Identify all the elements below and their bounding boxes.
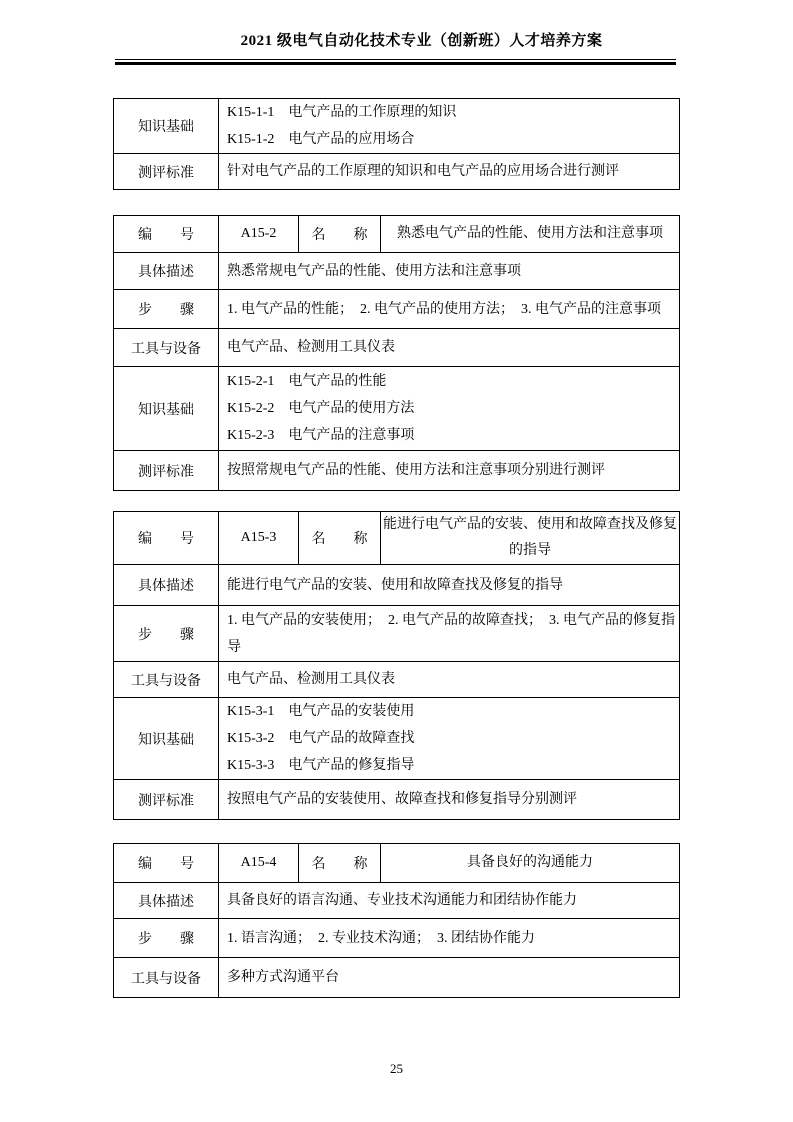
- task-code-cell: A15-2: [219, 216, 299, 253]
- table-task-a15-3: 编 号 A15-3 名 称 能进行电气产品的安装、使用和故障查找及修复的指导 具…: [113, 511, 680, 820]
- table-row: 步 骤 1. 电气产品的性能； 2. 电气产品的使用方法； 3. 电气产品的注意…: [114, 290, 680, 329]
- row-content-cell: 针对电气产品的工作原理的知识和电气产品的应用场合进行测评: [219, 154, 680, 190]
- content-line: K15-2-1 电气产品的性能: [227, 368, 675, 395]
- task-code-cell: A15-4: [219, 844, 299, 883]
- table-row: 工具与设备 电气产品、检测用工具仪表: [114, 662, 680, 698]
- row-label-cell: 测评标准: [114, 154, 219, 190]
- row-label-cell: 知识基础: [114, 367, 219, 451]
- table-row: 知识基础 K15-3-1 电气产品的安装使用 K15-3-2 电气产品的故障查找…: [114, 698, 680, 780]
- content-line: 具备良好的语言沟通、专业技术沟通能力和团结协作能力: [227, 887, 675, 914]
- content-line: 1. 电气产品的性能； 2. 电气产品的使用方法； 3. 电气产品的注意事项: [227, 296, 675, 323]
- table-task-a15-2: 编 号 A15-2 名 称 熟悉电气产品的性能、使用方法和注意事项 具体描述 熟…: [113, 215, 680, 491]
- task-name-cell: 具备良好的沟通能力: [381, 844, 680, 883]
- table-row: 测评标准 按照常规电气产品的性能、使用方法和注意事项分别进行测评: [114, 451, 680, 491]
- table-row: 编 号 A15-2 名 称 熟悉电气产品的性能、使用方法和注意事项: [114, 216, 680, 253]
- row-content-cell: K15-3-1 电气产品的安装使用 K15-3-2 电气产品的故障查找 K15-…: [219, 698, 680, 780]
- table-row: 步 骤 1. 电气产品的安装使用； 2. 电气产品的故障查找； 3. 电气产品的…: [114, 606, 680, 662]
- row-label-cell: 编 号: [114, 844, 219, 883]
- table-row: 知识基础 K15-2-1 电气产品的性能 K15-2-2 电气产品的使用方法 K…: [114, 367, 680, 451]
- task-name-cell: 熟悉电气产品的性能、使用方法和注意事项: [381, 216, 680, 253]
- content-line: K15-2-3 电气产品的注意事项: [227, 422, 675, 449]
- row-content-cell: K15-2-1 电气产品的性能 K15-2-2 电气产品的使用方法 K15-2-…: [219, 367, 680, 451]
- row-label-cell: 名 称: [299, 512, 381, 565]
- task-code-cell: A15-3: [219, 512, 299, 565]
- row-content-cell: 电气产品、检测用工具仪表: [219, 329, 680, 367]
- table-row: 具体描述 能进行电气产品的安装、使用和故障查找及修复的指导: [114, 565, 680, 606]
- content-line: 1. 电气产品的安装使用； 2. 电气产品的故障查找； 3. 电气产品的修复指导: [227, 607, 675, 661]
- row-content-cell: 能进行电气产品的安装、使用和故障查找及修复的指导: [219, 565, 680, 606]
- table-row: 测评标准 针对电气产品的工作原理的知识和电气产品的应用场合进行测评: [114, 154, 680, 190]
- document-page: 2021 级电气自动化技术专业（创新班）人才培养方案 知识基础 K15-1-1 …: [0, 0, 793, 1122]
- table-row: 工具与设备 电气产品、检测用工具仪表: [114, 329, 680, 367]
- content-line: 针对电气产品的工作原理的知识和电气产品的应用场合进行测评: [227, 158, 675, 185]
- row-content-cell: 按照常规电气产品的性能、使用方法和注意事项分别进行测评: [219, 451, 680, 491]
- content-line: 熟悉常规电气产品的性能、使用方法和注意事项: [227, 258, 675, 285]
- header-rule: [115, 59, 676, 65]
- row-label-cell: 工具与设备: [114, 329, 219, 367]
- row-label-cell: 知识基础: [114, 698, 219, 780]
- table-row: 编 号 A15-3 名 称 能进行电气产品的安装、使用和故障查找及修复的指导: [114, 512, 680, 565]
- row-content-cell: 按照电气产品的安装使用、故障查找和修复指导分别测评: [219, 780, 680, 820]
- row-label-cell: 知识基础: [114, 99, 219, 154]
- page-header: 2021 级电气自动化技术专业（创新班）人才培养方案: [0, 0, 793, 65]
- content-line: 电气产品、检测用工具仪表: [227, 334, 675, 361]
- task-name-cell: 能进行电气产品的安装、使用和故障查找及修复的指导: [381, 512, 680, 565]
- page-number: 25: [0, 1061, 793, 1077]
- content-line: K15-3-1 电气产品的安装使用: [227, 698, 675, 725]
- row-label-cell: 具体描述: [114, 883, 219, 919]
- row-label-cell: 工具与设备: [114, 662, 219, 698]
- row-content-cell: 熟悉常规电气产品的性能、使用方法和注意事项: [219, 253, 680, 290]
- table-knowledge-eval: 知识基础 K15-1-1 电气产品的工作原理的知识 K15-1-2 电气产品的应…: [113, 98, 680, 190]
- content-line: 按照电气产品的安装使用、故障查找和修复指导分别测评: [227, 786, 675, 813]
- row-content-cell: 具备良好的语言沟通、专业技术沟通能力和团结协作能力: [219, 883, 680, 919]
- table-row: 具体描述 具备良好的语言沟通、专业技术沟通能力和团结协作能力: [114, 883, 680, 919]
- content-line: K15-1-1 电气产品的工作原理的知识: [227, 99, 675, 126]
- table-row: 测评标准 按照电气产品的安装使用、故障查找和修复指导分别测评: [114, 780, 680, 820]
- row-label-cell: 编 号: [114, 216, 219, 253]
- row-content-cell: 1. 电气产品的安装使用； 2. 电气产品的故障查找； 3. 电气产品的修复指导: [219, 606, 680, 662]
- row-content-cell: 1. 语言沟通； 2. 专业技术沟通； 3. 团结协作能力: [219, 919, 680, 958]
- row-label-cell: 步 骤: [114, 606, 219, 662]
- row-content-cell: K15-1-1 电气产品的工作原理的知识 K15-1-2 电气产品的应用场合: [219, 99, 680, 154]
- content-line: 能进行电气产品的安装、使用和故障查找及修复的指导: [227, 572, 675, 599]
- row-label-cell: 名 称: [299, 844, 381, 883]
- row-label-cell: 具体描述: [114, 565, 219, 606]
- row-label-cell: 编 号: [114, 512, 219, 565]
- table-row: 知识基础 K15-1-1 电气产品的工作原理的知识 K15-1-2 电气产品的应…: [114, 99, 680, 154]
- row-label-cell: 名 称: [299, 216, 381, 253]
- table-row: 工具与设备 多种方式沟通平台: [114, 958, 680, 998]
- table-row: 具体描述 熟悉常规电气产品的性能、使用方法和注意事项: [114, 253, 680, 290]
- row-label-cell: 测评标准: [114, 780, 219, 820]
- table-row: 步 骤 1. 语言沟通； 2. 专业技术沟通； 3. 团结协作能力: [114, 919, 680, 958]
- content-line: K15-3-2 电气产品的故障查找: [227, 725, 675, 752]
- row-label-cell: 测评标准: [114, 451, 219, 491]
- row-content-cell: 电气产品、检测用工具仪表: [219, 662, 680, 698]
- content-line: K15-3-3 电气产品的修复指导: [227, 752, 675, 779]
- content-line: K15-2-2 电气产品的使用方法: [227, 395, 675, 422]
- row-label-cell: 步 骤: [114, 919, 219, 958]
- row-label-cell: 具体描述: [114, 253, 219, 290]
- page-title: 2021 级电气自动化技术专业（创新班）人才培养方案: [138, 33, 705, 50]
- content-line: 按照常规电气产品的性能、使用方法和注意事项分别进行测评: [227, 457, 675, 484]
- row-label-cell: 工具与设备: [114, 958, 219, 998]
- content-line: 电气产品、检测用工具仪表: [227, 666, 675, 693]
- row-content-cell: 多种方式沟通平台: [219, 958, 680, 998]
- content-line: 1. 语言沟通； 2. 专业技术沟通； 3. 团结协作能力: [227, 925, 675, 952]
- table-task-a15-4: 编 号 A15-4 名 称 具备良好的沟通能力 具体描述 具备良好的语言沟通、专…: [113, 843, 680, 998]
- row-label-cell: 步 骤: [114, 290, 219, 329]
- table-row: 编 号 A15-4 名 称 具备良好的沟通能力: [114, 844, 680, 883]
- row-content-cell: 1. 电气产品的性能； 2. 电气产品的使用方法； 3. 电气产品的注意事项: [219, 290, 680, 329]
- content-line: 多种方式沟通平台: [227, 964, 675, 991]
- content-line: K15-1-2 电气产品的应用场合: [227, 126, 675, 153]
